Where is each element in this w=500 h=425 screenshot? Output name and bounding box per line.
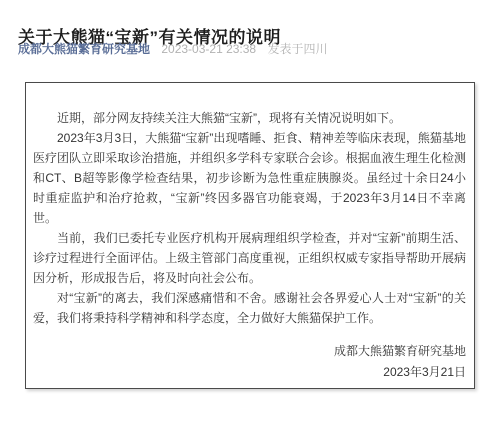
signature-block: 成都大熊猫繁育研究基地 2023年3月21日 [33, 341, 466, 383]
announcement-box[interactable]: 近期，部分网友持续关注大熊猫“宝新”，现将有关情况说明如下。 2023年3月3日… [25, 82, 475, 389]
article-page: 关于大熊猫“宝新”有关情况的说明 成都大熊猫繁育研究基地 2023-03-21 … [0, 0, 500, 425]
notice-paragraph: 当前，我们已委托专业医疗机构开展病理组织学检查，并对“宝新”前期生活、诊疗过程进… [33, 228, 466, 288]
notice-paragraph: 近期，部分网友持续关注大熊猫“宝新”，现将有关情况说明如下。 [33, 108, 466, 128]
publish-timestamp: 2023-03-21 23:38 [161, 42, 256, 56]
publish-location: 发表于四川 [267, 42, 327, 56]
account-name-link[interactable]: 成都大熊猫繁育研究基地 [18, 42, 150, 56]
article-byline: 成都大熊猫繁育研究基地 2023-03-21 23:38 发表于四川 [18, 40, 327, 57]
signature-name: 成都大熊猫繁育研究基地 [33, 341, 466, 362]
signature-date: 2023年3月21日 [33, 362, 466, 383]
notice-paragraph: 2023年3月3日，大熊猫“宝新”出现嗜睡、拒食、精神差等临床表现，熊猫基地医疗… [33, 128, 466, 228]
notice-paragraph: 对“宝新”的离去，我们深感痛惜和不舍。感谢社会各界爱心人士对“宝新”的关爱，我们… [33, 288, 466, 328]
